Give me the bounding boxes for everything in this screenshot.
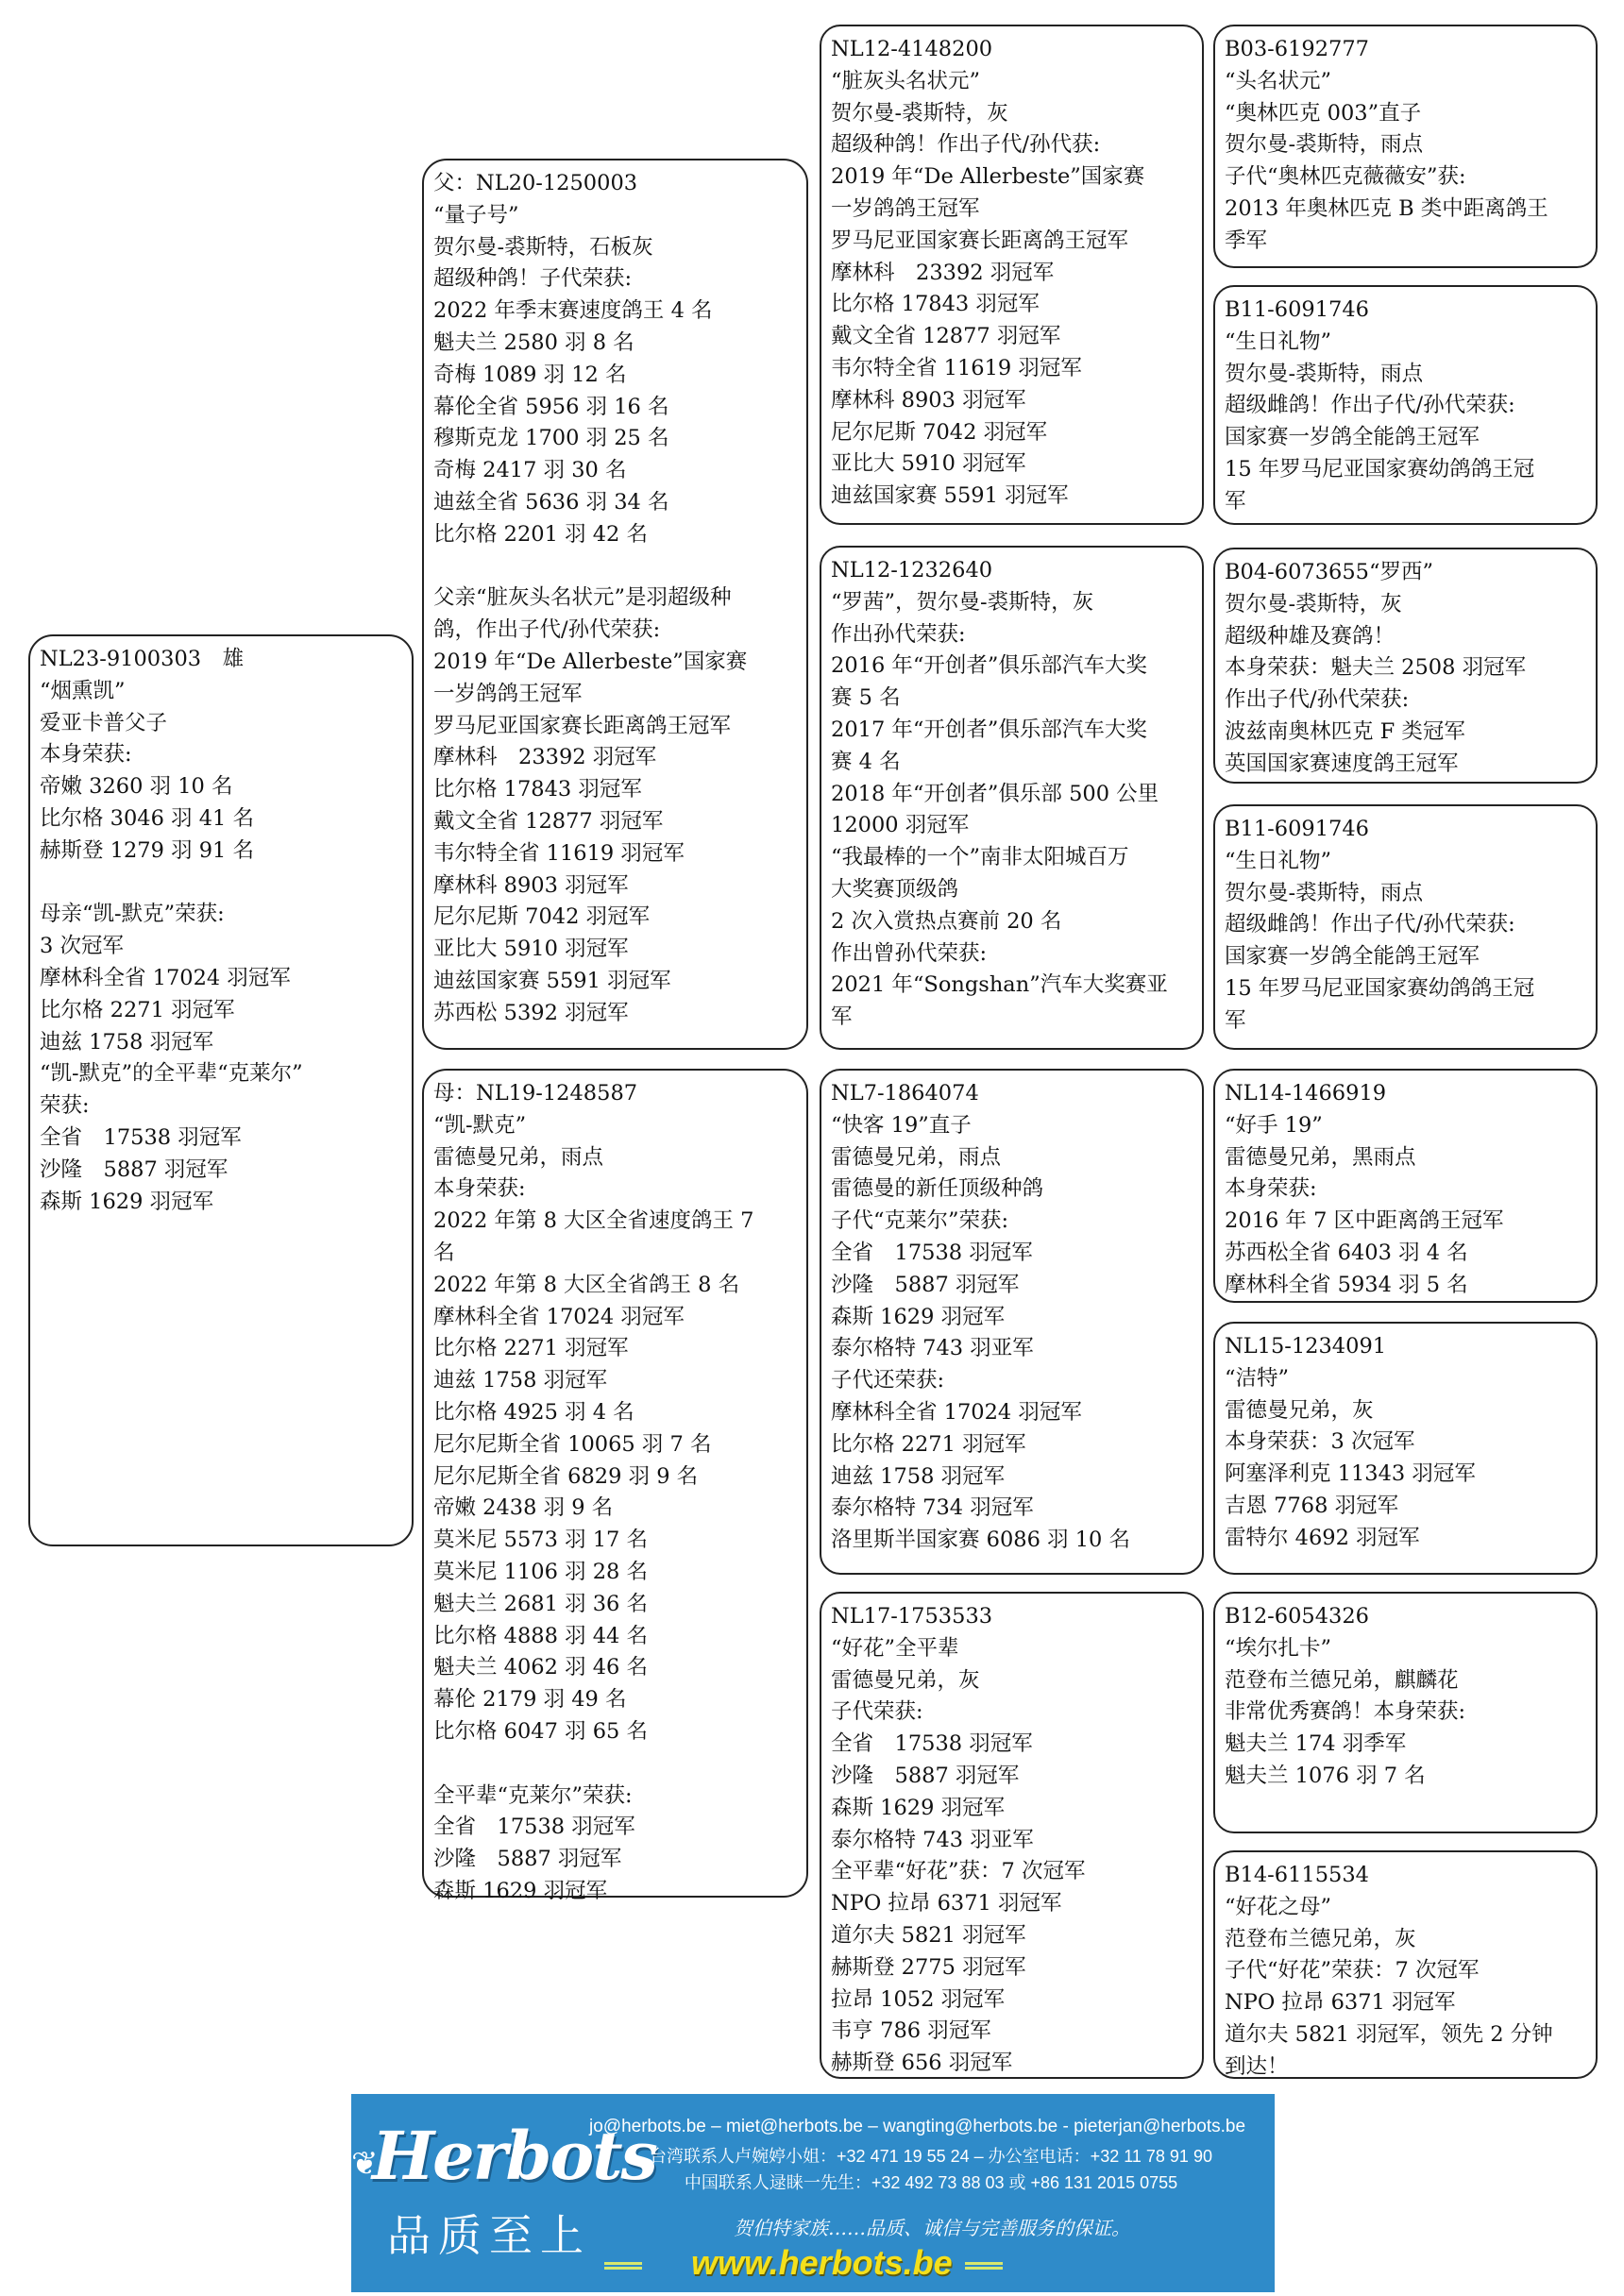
- card-line: 全省 17538 羽冠军: [831, 1238, 1193, 1270]
- card-line: NL7-1864074: [831, 1078, 1193, 1110]
- card-line: 非常优秀赛鸽！本身荣获:: [1225, 1697, 1586, 1729]
- card-line: B12-6054326: [1225, 1601, 1586, 1633]
- card-line: 2018 年“开创者”俱乐部 500 公里: [831, 779, 1193, 811]
- card-line: “快客 19”直子: [831, 1110, 1193, 1142]
- card-line: 雷德曼兄弟，黑雨点: [1225, 1142, 1586, 1174]
- card-line: 贺尔曼-裘斯特，灰: [1225, 589, 1586, 621]
- card-line: 全平辈“好花”获：7 次冠军: [831, 1856, 1193, 1888]
- card-line: 迪兹国家赛 5591 羽冠军: [433, 966, 797, 998]
- card-line: 本身荣获：魁夫兰 2508 羽冠军: [1225, 652, 1586, 684]
- card-line: NL17-1753533: [831, 1601, 1193, 1633]
- card-line: 苏西松全省 6403 羽 4 名: [1225, 1238, 1586, 1270]
- card-line: “量子号”: [433, 200, 797, 232]
- card-line: 穆斯克龙 1700 羽 25 名: [433, 423, 797, 455]
- card-line: “我最棒的一个”南非太阳城百万: [831, 842, 1193, 874]
- website-row: www.herbots.be: [351, 2243, 1275, 2285]
- card-line: 范登布兰德兄弟，灰: [1225, 1924, 1586, 1956]
- card-line: 戴文全省 12877 羽冠军: [831, 321, 1193, 353]
- card-line: 2021 年“Songshan”汽车大奖赛亚: [831, 970, 1193, 1002]
- card-line: 比尔格 3046 羽 41 名: [40, 803, 402, 836]
- card-line: 超级雌鸽！作出子代/孙代荣获:: [1225, 909, 1586, 941]
- card-line: 贺尔曼-裘斯特，雨点: [1225, 878, 1586, 910]
- card-line: “罗茜”，贺尔曼-裘斯特，灰: [831, 587, 1193, 619]
- card-line: 2016 年“开创者”俱乐部汽车大奖: [831, 650, 1193, 683]
- card-line: 赫斯登 656 羽冠军: [831, 2048, 1193, 2080]
- card-line: 摩林科 8903 羽冠军: [831, 385, 1193, 417]
- card-line: 英国国家赛速度鸽王冠军: [1225, 749, 1586, 781]
- card-line: NL12-1232640: [831, 555, 1193, 587]
- great-grandparent-card-6: NL15-1234091“洁特”雷德曼兄弟，灰本身荣获：3 次冠军阿塞泽利克 1…: [1213, 1322, 1598, 1575]
- card-line: 本身荣获:: [433, 1173, 797, 1206]
- card-line: 雷德曼兄弟，雨点: [831, 1142, 1193, 1174]
- card-line: 泰尔格特 743 羽亚军: [831, 1825, 1193, 1857]
- card-line: 道尔夫 5821 羽冠军，领先 2 分钟: [1225, 2019, 1586, 2051]
- card-line: 拉昂 1052 羽冠军: [831, 1984, 1193, 2017]
- card-line: 罗马尼亚国家赛长距离鸽王冠军: [831, 226, 1193, 258]
- card-line: 沙隆 5887 羽冠军: [433, 1844, 797, 1876]
- card-line: 季军: [1225, 226, 1586, 258]
- card-line: 子代荣获:: [831, 1697, 1193, 1729]
- card-line: 母亲“凯-默克”荣获:: [40, 899, 402, 931]
- card-line: NL14-1466919: [1225, 1078, 1586, 1110]
- card-line: “好手 19”: [1225, 1110, 1586, 1142]
- card-line: “凯-默克”: [433, 1110, 797, 1142]
- card-line: 赛 5 名: [831, 683, 1193, 715]
- card-line: 子代“克莱尔”荣获:: [831, 1206, 1193, 1238]
- card-line: 摩林科全省 5934 羽 5 名: [1225, 1270, 1586, 1302]
- card-line: 吉恩 7768 羽冠军: [1225, 1491, 1586, 1523]
- card-line: “好花”全平辈: [831, 1633, 1193, 1665]
- great-grandparent-card-2: B11-6091746“生日礼物”贺尔曼-裘斯特，雨点超级雌鸽！作出子代/孙代荣…: [1213, 285, 1598, 525]
- grandparent-card-sire-sire: NL12-4148200“脏灰头名状元”贺尔曼-裘斯特，灰超级种鸽！作出子代/孙…: [820, 25, 1204, 525]
- card-line: 范登布兰德兄弟，麒麟花: [1225, 1665, 1586, 1697]
- card-line: 沙隆 5887 羽冠军: [831, 1270, 1193, 1302]
- card-line: 2019 年“De Allerbeste”国家赛: [831, 161, 1193, 194]
- card-line: “生日礼物”: [1225, 327, 1586, 359]
- card-line: 本身荣获:: [40, 739, 402, 771]
- card-line: 赛 4 名: [831, 747, 1193, 779]
- sire-card: 父：NL20-1250003“量子号”贺尔曼-裘斯特，石板灰超级种鸽！子代荣获:…: [422, 159, 808, 1050]
- card-line: 本身荣获：3 次冠军: [1225, 1427, 1586, 1459]
- card-line: “好花之母”: [1225, 1892, 1586, 1924]
- card-line: 一岁鸽鸽王冠军: [433, 679, 797, 711]
- card-line: 魁夫兰 174 羽季军: [1225, 1729, 1586, 1761]
- card-line: 沙隆 5887 羽冠军: [40, 1155, 402, 1187]
- card-line: 韦亨 786 羽冠军: [831, 2016, 1193, 2048]
- card-line: “脏灰头名状元”: [831, 66, 1193, 98]
- card-line: 作出子代/孙代荣获:: [1225, 684, 1586, 717]
- contact-taiwan: 台湾联系人卢婉婷小姐：+32 471 19 55 24 – 办公室电话：+32 …: [587, 2143, 1275, 2168]
- card-line: [433, 1748, 797, 1781]
- card-line: 韦尔特全省 11619 羽冠军: [433, 838, 797, 870]
- herbots-logo: Herbots: [372, 2117, 599, 2202]
- contact-china: 中国联系人逯睐一先生：+32 492 73 88 03 或 +86 131 20…: [587, 2169, 1275, 2194]
- card-line: 作出曾孙代荣获:: [831, 938, 1193, 971]
- card-line: 父：NL20-1250003: [433, 168, 797, 200]
- card-line: 比尔格 17843 羽冠军: [433, 774, 797, 806]
- card-line: 荣获:: [40, 1090, 402, 1123]
- card-line: 军: [831, 1002, 1193, 1034]
- card-line: 全省 17538 羽冠军: [433, 1812, 797, 1844]
- card-line: 15 年罗马尼亚国家赛幼鸽鸽王冠: [1225, 454, 1586, 486]
- website-link[interactable]: www.herbots.be: [691, 2243, 953, 2283]
- card-line: “烟熏凯”: [40, 676, 402, 708]
- card-line: 亚比大 5910 羽冠军: [831, 448, 1193, 481]
- card-line: 军: [1225, 1005, 1586, 1038]
- card-line: 母：NL19-1248587: [433, 1078, 797, 1110]
- grandparent-card-dam-dam: NL17-1753533“好花”全平辈雷德曼兄弟，灰子代荣获:全省 17538 …: [820, 1592, 1204, 2079]
- card-line: 2022 年第 8 大区全省速度鸽王 7: [433, 1206, 797, 1238]
- card-line: 罗马尼亚国家赛长距离鸽王冠军: [433, 711, 797, 743]
- card-line: 军: [1225, 486, 1586, 518]
- card-line: 戴文全省 12877 羽冠军: [433, 806, 797, 838]
- card-line: [40, 868, 402, 900]
- card-line: B14-6115534: [1225, 1860, 1586, 1892]
- contact-emails[interactable]: jo@herbots.be – miet@herbots.be – wangti…: [589, 2117, 1275, 2137]
- motto: 贺伯特家族……品质、诚信与完善服务的保证。: [587, 2213, 1275, 2240]
- card-line: 全省 17538 羽冠军: [831, 1729, 1193, 1761]
- card-line: 2022 年第 8 大区全省鸽王 8 名: [433, 1270, 797, 1302]
- card-line: 道尔夫 5821 羽冠军: [831, 1920, 1193, 1952]
- herbots-banner: ❦ Herbots 品质至上 jo@herbots.be – miet@herb…: [351, 2094, 1275, 2292]
- card-line: B04-6073655“罗西”: [1225, 557, 1586, 589]
- card-line: 国家赛一岁鸽全能鸽王冠军: [1225, 941, 1586, 973]
- decorative-dash-left: [604, 2262, 642, 2270]
- card-line: 尼尔尼斯 7042 羽冠军: [831, 417, 1193, 449]
- card-line: 迪兹 1758 羽冠军: [433, 1365, 797, 1397]
- card-line: 全平辈“克莱尔”荣获:: [433, 1781, 797, 1813]
- card-line: B03-6192777: [1225, 34, 1586, 66]
- card-line: 魁夫兰 1076 羽 7 名: [1225, 1761, 1586, 1793]
- card-line: 贺尔曼-裘斯特，石板灰: [433, 232, 797, 264]
- card-line: 奇梅 1089 羽 12 名: [433, 360, 797, 392]
- card-line: 赫斯登 1279 羽 91 名: [40, 836, 402, 868]
- card-line: 尼尔尼斯全省 6829 羽 9 名: [433, 1461, 797, 1494]
- card-line: 雷特尔 4692 羽冠军: [1225, 1523, 1586, 1555]
- card-line: 比尔格 2271 羽冠军: [40, 995, 402, 1027]
- great-grandparent-card-7: B12-6054326“埃尔扎卡”范登布兰德兄弟，麒麟花非常优秀赛鸽！本身荣获:…: [1213, 1592, 1598, 1833]
- card-line: 大奖赛顶级鸽: [831, 874, 1193, 906]
- card-line: 帝嫩 3260 羽 10 名: [40, 771, 402, 803]
- card-line: 2019 年“De Allerbeste”国家赛: [433, 647, 797, 679]
- card-line: 洛里斯半国家赛 6086 羽 10 名: [831, 1525, 1193, 1557]
- card-line: 一岁鸽鸽王冠军: [831, 194, 1193, 226]
- card-line: 迪兹 1758 羽冠军: [40, 1027, 402, 1059]
- card-line: 帝嫩 2438 羽 9 名: [433, 1493, 797, 1525]
- card-line: 波兹南奥林匹克 F 类冠军: [1225, 717, 1586, 749]
- card-line: 泰尔格特 743 羽亚军: [831, 1333, 1193, 1365]
- card-line: 摩林科 23392 羽冠军: [433, 742, 797, 774]
- grandparent-card-sire-dam: NL12-1232640“罗茜”，贺尔曼-裘斯特，灰作出孙代荣获:2016 年“…: [820, 546, 1204, 1050]
- grandparent-card-dam-sire: NL7-1864074“快客 19”直子雷德曼兄弟，雨点雷德曼的新任顶级种鸽子代…: [820, 1069, 1204, 1575]
- card-line: 赫斯登 2775 羽冠军: [831, 1952, 1193, 1984]
- decorative-dash-right: [965, 2262, 1003, 2270]
- card-line: 森斯 1629 羽冠军: [831, 1302, 1193, 1334]
- card-line: “头名状元”: [1225, 66, 1586, 98]
- card-line: “埃尔扎卡”: [1225, 1633, 1586, 1665]
- great-grandparent-card-8: B14-6115534“好花之母”范登布兰德兄弟，灰子代“好花”荣获：7 次冠军…: [1213, 1850, 1598, 2079]
- card-line: 比尔格 2201 羽 42 名: [433, 519, 797, 551]
- card-line: 比尔格 2271 羽冠军: [831, 1429, 1193, 1461]
- card-line: 贺尔曼-裘斯特，雨点: [1225, 129, 1586, 161]
- card-line: 到达！: [1225, 2051, 1586, 2084]
- card-line: 雷德曼兄弟，雨点: [433, 1142, 797, 1174]
- card-line: 韦尔特全省 11619 羽冠军: [831, 353, 1193, 385]
- card-line: 摩林科全省 17024 羽冠军: [831, 1397, 1193, 1429]
- card-line: 贺尔曼-裘斯特，雨点: [1225, 359, 1586, 391]
- card-line: 子代还荣获:: [831, 1365, 1193, 1397]
- card-line: 15 年罗马尼亚国家赛幼鸽鸽王冠: [1225, 973, 1586, 1005]
- card-line: 子代“好花”荣获：7 次冠军: [1225, 1955, 1586, 1987]
- card-line: 3 次冠军: [40, 931, 402, 963]
- great-grandparent-card-3: B04-6073655“罗西”贺尔曼-裘斯特，灰超级种雄及赛鸽！本身荣获：魁夫兰…: [1213, 548, 1598, 784]
- card-line: 比尔格 4925 羽 4 名: [433, 1397, 797, 1429]
- card-line: 雷德曼的新任顶级种鸽: [831, 1173, 1193, 1206]
- card-line: 幕伦 2179 羽 49 名: [433, 1684, 797, 1716]
- dam-card: 母：NL19-1248587“凯-默克”雷德曼兄弟，雨点本身荣获:2022 年第…: [422, 1069, 808, 1898]
- card-line: 迪兹国家赛 5591 羽冠军: [831, 481, 1193, 513]
- card-line: NL12-4148200: [831, 34, 1193, 66]
- card-line: 亚比大 5910 羽冠军: [433, 934, 797, 966]
- card-line: 比尔格 17843 羽冠军: [831, 289, 1193, 321]
- card-line: 2 次入赏热点赛前 20 名: [831, 906, 1193, 938]
- card-line: 摩林科 8903 羽冠军: [433, 870, 797, 903]
- card-line: 比尔格 4888 羽 44 名: [433, 1621, 797, 1653]
- card-line: “洁特”: [1225, 1363, 1586, 1395]
- card-line: 莫米尼 5573 羽 17 名: [433, 1525, 797, 1557]
- card-line: 迪兹全省 5636 羽 34 名: [433, 487, 797, 519]
- card-line: “凯-默克”的全平辈“克莱尔”: [40, 1058, 402, 1090]
- card-line: [433, 551, 797, 583]
- card-line: 泰尔格特 734 羽冠军: [831, 1493, 1193, 1525]
- card-line: 超级种鸽！子代荣获:: [433, 263, 797, 295]
- card-line: 魁夫兰 2580 羽 8 名: [433, 328, 797, 360]
- card-line: 2017 年“开创者”俱乐部汽车大奖: [831, 715, 1193, 747]
- card-line: 迪兹 1758 羽冠军: [831, 1461, 1193, 1494]
- card-line: 爱亚卡普父子: [40, 708, 402, 740]
- card-line: NPO 拉昂 6371 羽冠军: [831, 1888, 1193, 1920]
- card-line: 贺尔曼-裘斯特，灰: [831, 98, 1193, 130]
- card-line: “生日礼物”: [1225, 846, 1586, 878]
- card-line: 森斯 1629 羽冠军: [433, 1876, 797, 1908]
- subject-card: NL23-9100303 雄“烟熏凯”爱亚卡普父子本身荣获:帝嫩 3260 羽 …: [28, 634, 414, 1546]
- card-line: 鸽，作出子代/孙代荣获:: [433, 615, 797, 647]
- card-line: 比尔格 2271 羽冠军: [433, 1333, 797, 1365]
- card-line: 魁夫兰 4062 羽 46 名: [433, 1652, 797, 1684]
- card-line: NL15-1234091: [1225, 1331, 1586, 1363]
- card-line: 雷德曼兄弟，灰: [831, 1665, 1193, 1697]
- card-line: 超级种雄及赛鸽！: [1225, 621, 1586, 653]
- card-line: 奇梅 2417 羽 30 名: [433, 455, 797, 487]
- card-line: NL23-9100303 雄: [40, 644, 402, 676]
- card-line: 阿塞泽利克 11343 羽冠军: [1225, 1459, 1586, 1491]
- great-grandparent-card-5: NL14-1466919“好手 19”雷德曼兄弟，黑雨点本身荣获:2016 年 …: [1213, 1069, 1598, 1303]
- card-line: B11-6091746: [1225, 814, 1586, 846]
- great-grandparent-card-1: B03-6192777“头名状元”“奥林匹克 003”直子贺尔曼-裘斯特，雨点子…: [1213, 25, 1598, 268]
- card-line: 作出孙代荣获:: [831, 619, 1193, 651]
- card-line: 摩林科 23392 羽冠军: [831, 258, 1193, 290]
- card-line: 尼尔尼斯全省 10065 羽 7 名: [433, 1429, 797, 1461]
- card-line: 2022 年季末赛速度鸽王 4 名: [433, 295, 797, 328]
- card-line: NPO 拉昂 6371 羽冠军: [1225, 1987, 1586, 2019]
- card-line: 比尔格 6047 羽 65 名: [433, 1716, 797, 1748]
- card-line: 摩林科全省 17024 羽冠军: [433, 1302, 797, 1334]
- card-line: 幕伦全省 5956 羽 16 名: [433, 392, 797, 424]
- card-line: 魁夫兰 2681 羽 36 名: [433, 1589, 797, 1621]
- card-line: 全省 17538 羽冠军: [40, 1123, 402, 1155]
- card-line: 父亲“脏灰头名状元”是羽超级种: [433, 582, 797, 615]
- card-line: 沙隆 5887 羽冠军: [831, 1761, 1193, 1793]
- card-line: 莫米尼 1106 羽 28 名: [433, 1557, 797, 1589]
- card-line: 2013 年奥林匹克 B 类中距离鸽王: [1225, 194, 1586, 226]
- card-line: 超级种鸽！作出子代/孙代获:: [831, 129, 1193, 161]
- great-grandparent-card-4: B11-6091746“生日礼物”贺尔曼-裘斯特，雨点超级雌鸽！作出子代/孙代荣…: [1213, 804, 1598, 1050]
- card-line: 超级雌鸽！作出子代/孙代荣获:: [1225, 390, 1586, 422]
- card-line: 12000 羽冠军: [831, 810, 1193, 842]
- card-line: 子代“奥林匹克薇薇安”获:: [1225, 161, 1586, 194]
- card-line: 名: [433, 1238, 797, 1270]
- card-line: “奥林匹克 003”直子: [1225, 98, 1586, 130]
- card-line: 森斯 1629 羽冠军: [831, 1793, 1193, 1825]
- card-line: 国家赛一岁鸽全能鸽王冠军: [1225, 422, 1586, 454]
- card-line: 摩林科全省 17024 羽冠军: [40, 963, 402, 995]
- card-line: 苏西松 5392 羽冠军: [433, 998, 797, 1030]
- card-line: 森斯 1629 羽冠军: [40, 1187, 402, 1219]
- card-line: 2016 年 7 区中距离鸽王冠军: [1225, 1206, 1586, 1238]
- card-line: 本身荣获:: [1225, 1173, 1586, 1206]
- card-line: 雷德曼兄弟，灰: [1225, 1395, 1586, 1427]
- card-line: B11-6091746: [1225, 295, 1586, 327]
- card-line: 尼尔尼斯 7042 羽冠军: [433, 902, 797, 934]
